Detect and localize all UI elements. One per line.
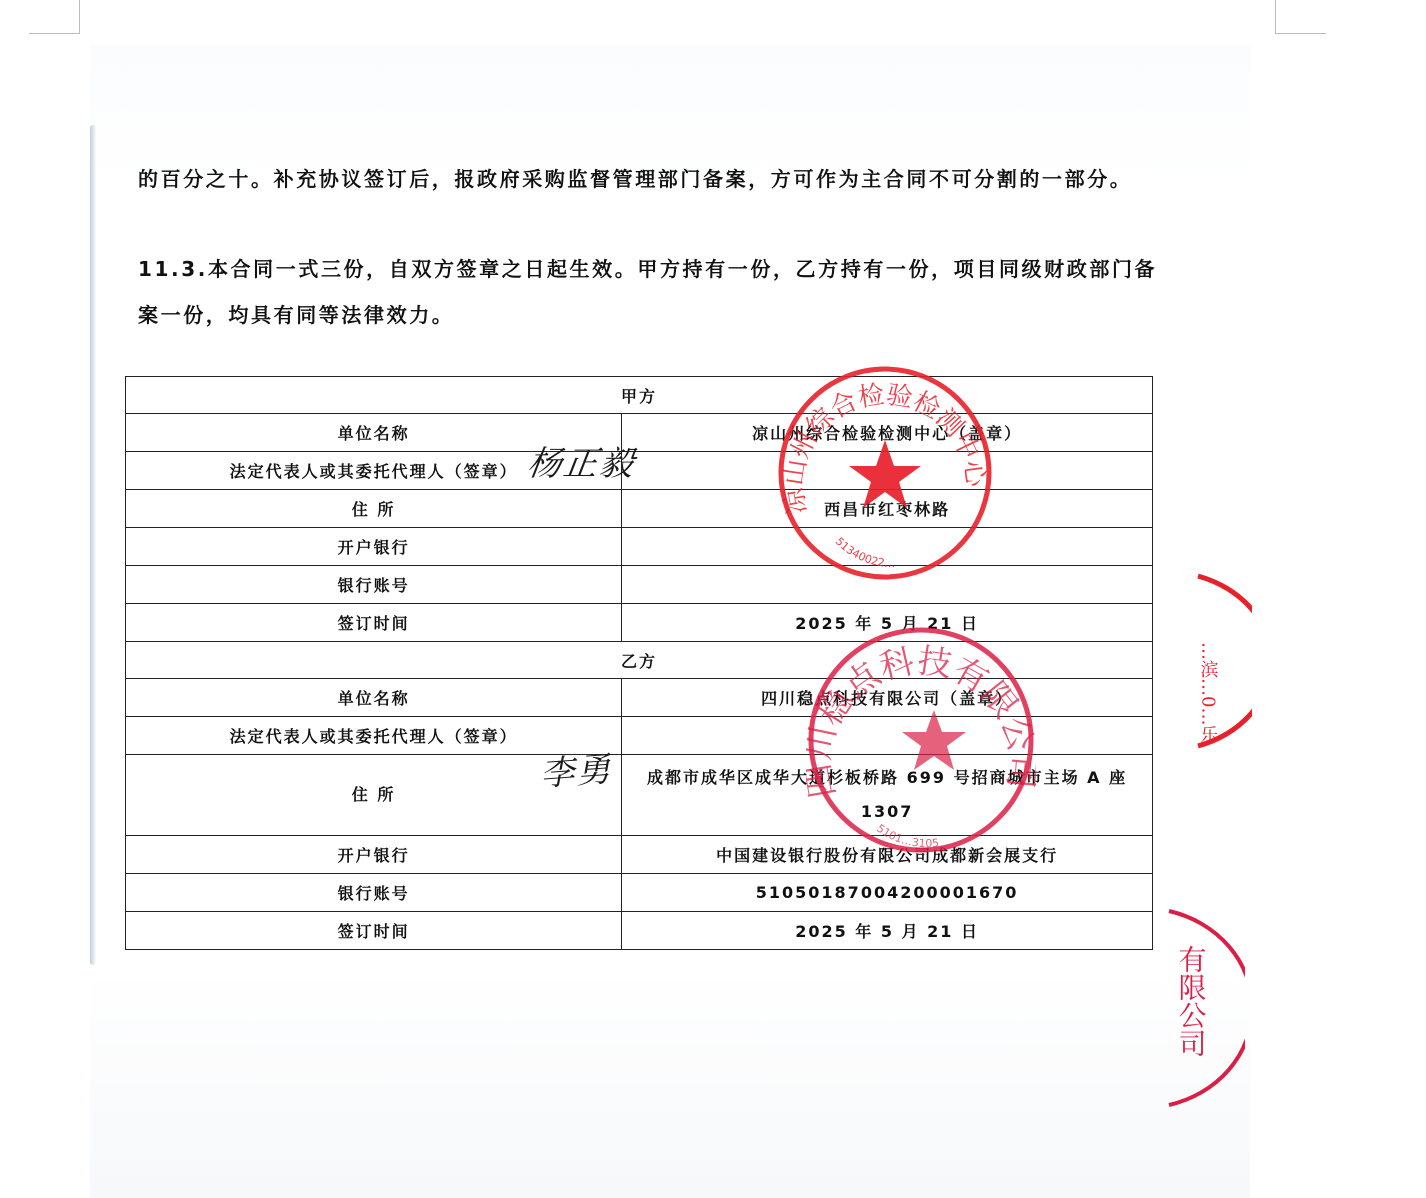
- party-a-header-row: 甲方: [126, 377, 1153, 414]
- page-corner-mark-top-right: [1275, 0, 1326, 34]
- party-a-handwritten-signature: 杨正毅: [525, 436, 640, 485]
- party-b-label-account: 银行账号: [126, 874, 622, 912]
- party-b-header-row: 乙方: [126, 642, 1153, 679]
- party-a-label-address: 住 所: [126, 490, 622, 528]
- party-b-label-bank: 开户银行: [126, 836, 622, 874]
- party-a-value-representative: [622, 452, 1153, 490]
- party-a-value-unit-name: 凉山州综合检验检测中心（盖章）: [622, 414, 1153, 452]
- table-row: 签订时间 2025 年 5 月 21 日: [126, 912, 1153, 950]
- party-a-value-account: [622, 566, 1153, 604]
- party-b-value-bank: 中国建设银行股份有限公司成都新会展支行: [622, 836, 1153, 874]
- party-b-value-unit-name: 四川稳点科技有限公司（盖章）: [622, 679, 1153, 717]
- table-row: 银行账号: [126, 566, 1153, 604]
- table-row: 法定代表人或其委托代理人（签章）: [126, 717, 1153, 755]
- table-row: 住 所 西昌市红枣林路: [126, 490, 1153, 528]
- party-a-label-account: 银行账号: [126, 566, 622, 604]
- party-a-label-sign-date: 签订时间: [126, 604, 622, 642]
- table-row: 法定代表人或其委托代理人（签章）: [126, 452, 1153, 490]
- table-row: 单位名称 凉山州综合检验检测中心（盖章）: [126, 414, 1153, 452]
- party-b-value-sign-date: 2025 年 5 月 21 日: [622, 912, 1153, 950]
- party-b-value-representative: [622, 717, 1153, 755]
- table-row: 单位名称 四川稳点科技有限公司（盖章）: [126, 679, 1153, 717]
- page-corner-mark-top-left: [29, 0, 80, 34]
- party-b-label-sign-date: 签订时间: [126, 912, 622, 950]
- paragraph-clause-11-3: 11.3.本合同一式三份，自双方签章之日起生效。甲方持有一份，乙方持有一份，项目…: [138, 246, 1158, 338]
- table-row: 签订时间 2025 年 5 月 21 日: [126, 604, 1153, 642]
- table-row: 住 所 成都市成华区成华大道杉板桥路 699 号招商城市主场 A 座 1307: [126, 755, 1153, 836]
- party-b-header: 乙方: [126, 642, 1153, 679]
- scan-edge-shadow: [90, 125, 96, 965]
- party-a-value-address: 西昌市红枣林路: [622, 490, 1153, 528]
- party-b-handwritten-signature: 李勇: [538, 742, 613, 796]
- party-a-value-bank: [622, 528, 1153, 566]
- party-b-value-account: 51050187004200001670: [622, 874, 1153, 912]
- party-a-header: 甲方: [126, 377, 1153, 414]
- party-a-value-sign-date: 2025 年 5 月 21 日: [622, 604, 1153, 642]
- paragraph-supplement-clause: 的百分之十。补充协议签订后，报政府采购监督管理部门备案，方可作为主合同不可分割的…: [138, 156, 1158, 202]
- party-a-label-bank: 开户银行: [126, 528, 622, 566]
- signature-table: 甲方 单位名称 凉山州综合检验检测中心（盖章） 法定代表人或其委托代理人（签章）…: [125, 376, 1153, 950]
- table-row: 银行账号 51050187004200001670: [126, 874, 1153, 912]
- table-row: 开户银行: [126, 528, 1153, 566]
- table-row: 开户银行 中国建设银行股份有限公司成都新会展支行: [126, 836, 1153, 874]
- party-b-value-address: 成都市成华区成华大道杉板桥路 699 号招商城市主场 A 座 1307: [622, 755, 1153, 836]
- party-b-label-unit-name: 单位名称: [126, 679, 622, 717]
